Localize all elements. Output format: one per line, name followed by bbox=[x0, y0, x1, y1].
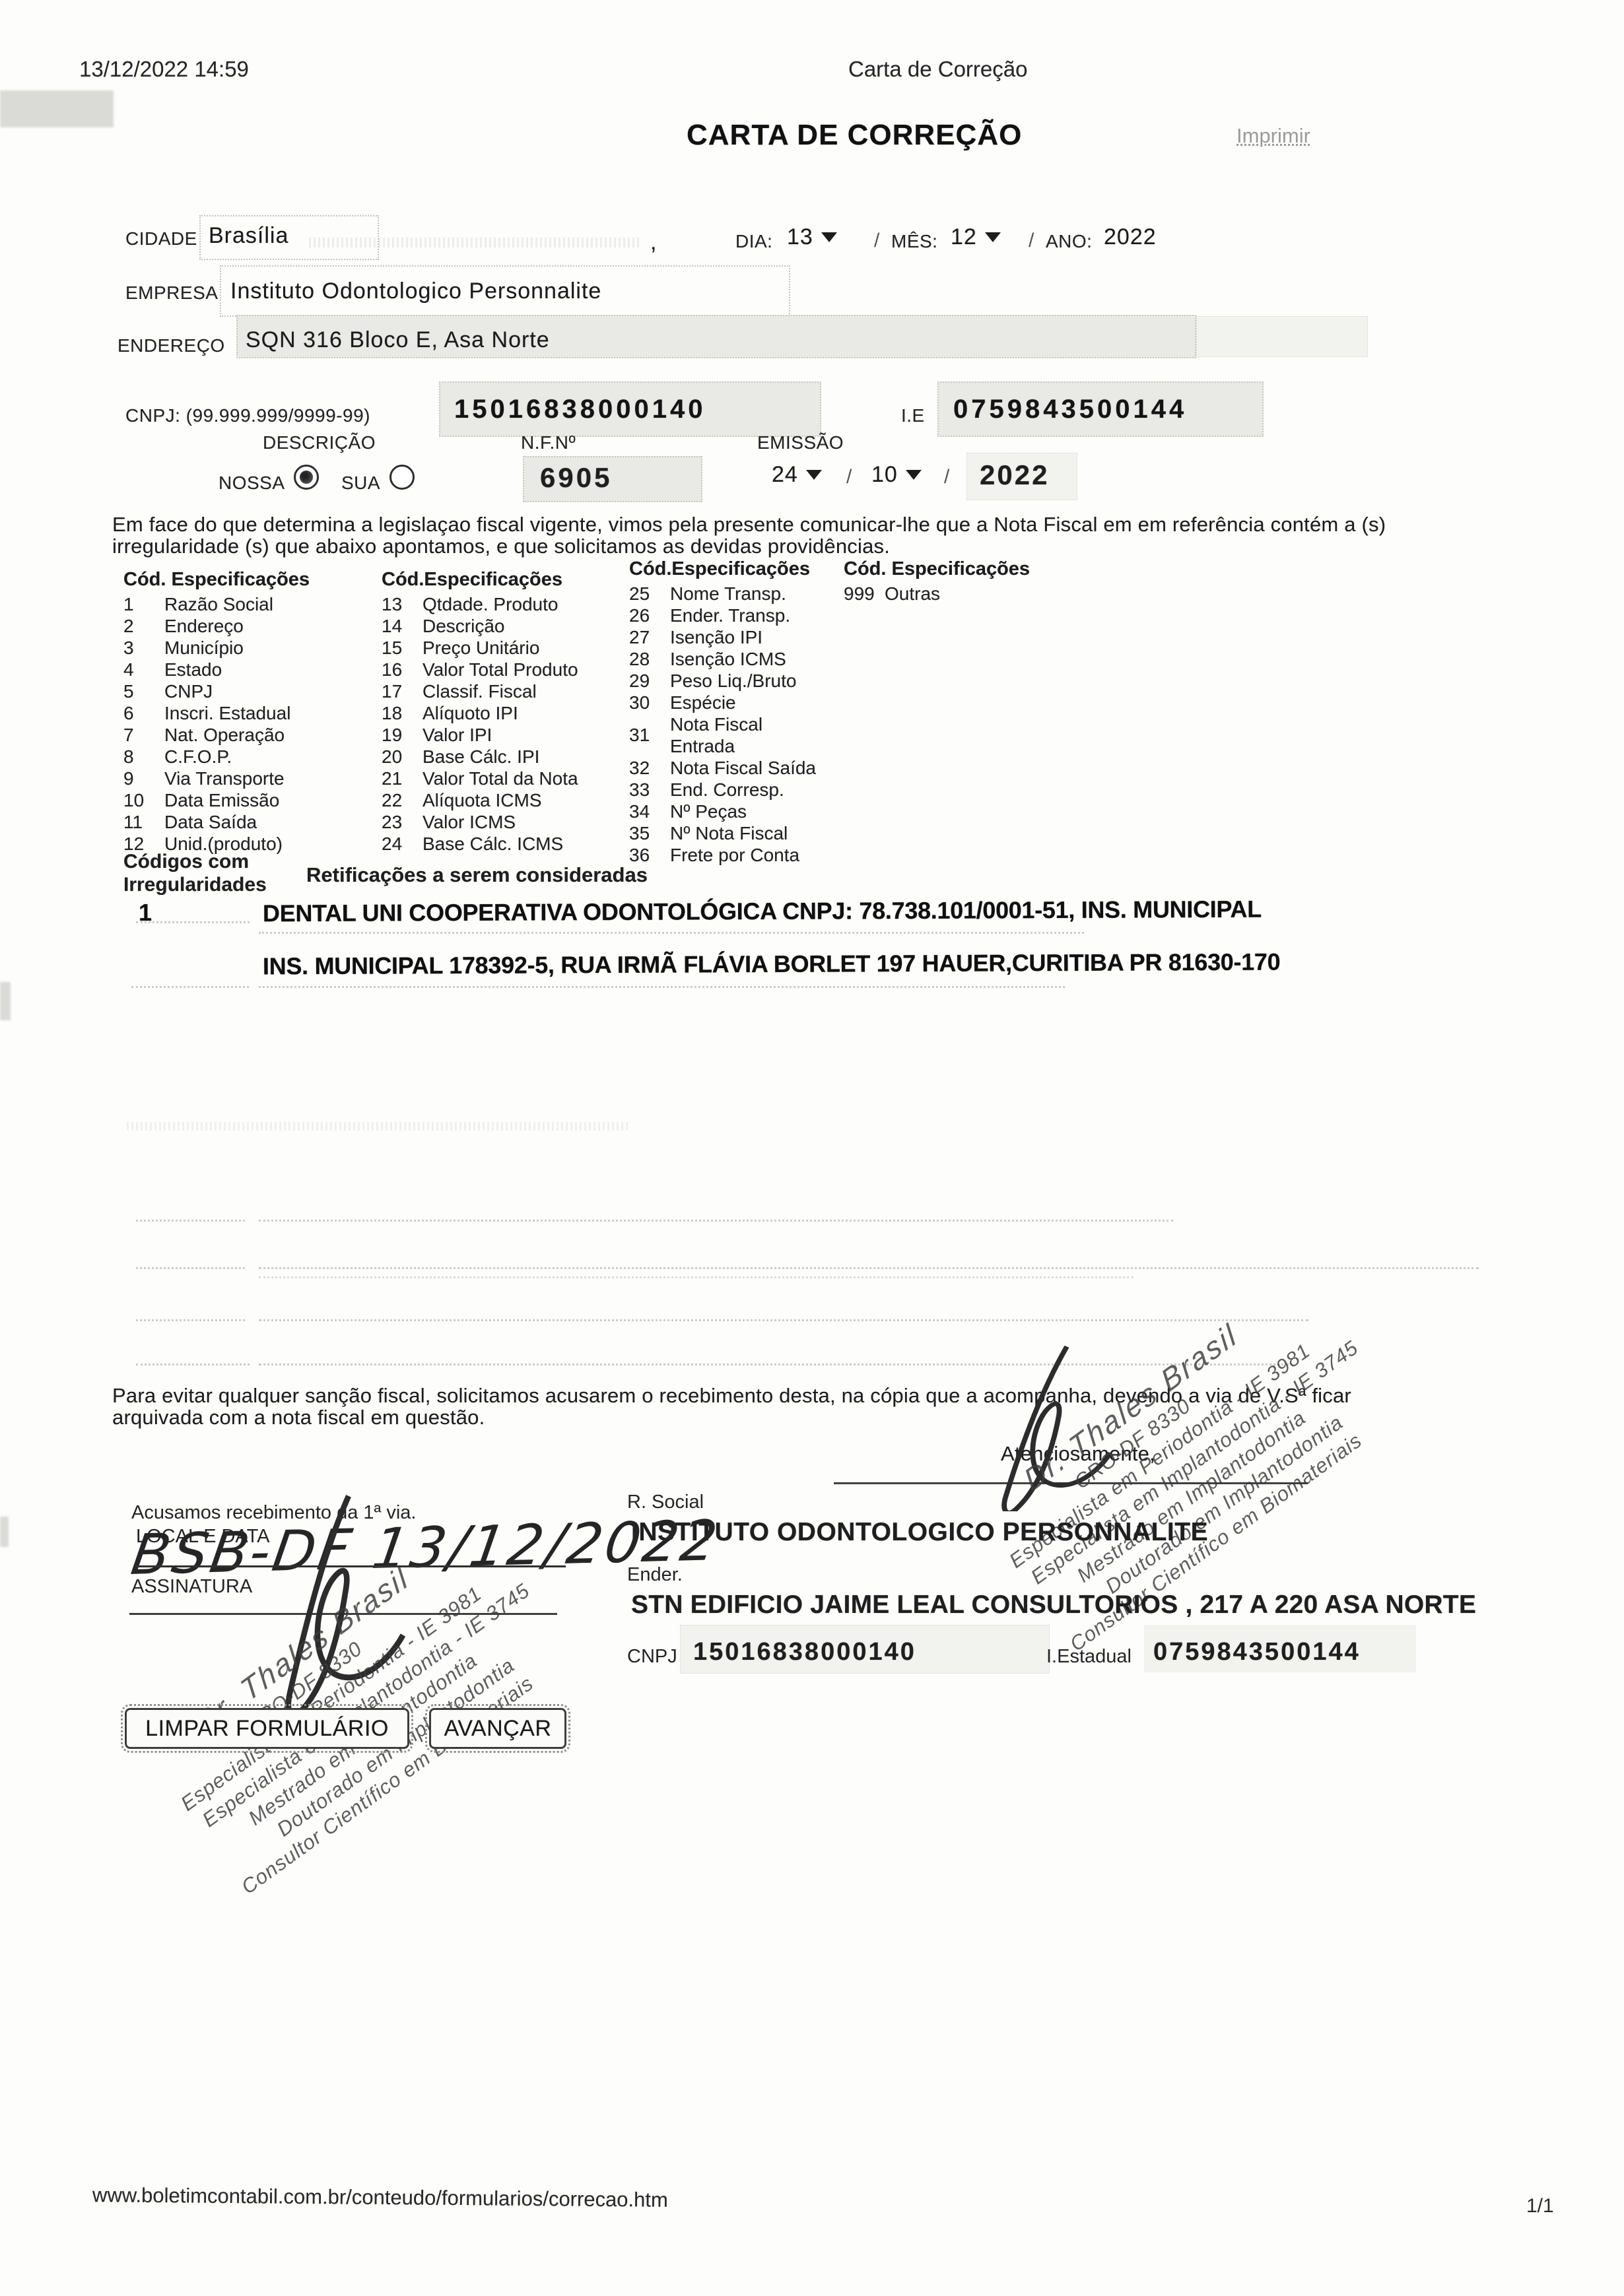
codes-list: 13Qtdade. Produto14Descrição15Preço Unit… bbox=[382, 593, 626, 855]
closing-cnpj-label: CNPJ bbox=[627, 1646, 677, 1668]
sua-label: SUA bbox=[341, 473, 380, 494]
codes-column-4: Cód. Especificações 999Outras bbox=[844, 558, 1055, 605]
intro-paragraph: Em face do que determina a legislaçao fi… bbox=[112, 513, 1429, 557]
code-item: 23Valor ICMS bbox=[382, 811, 626, 833]
page-title: CARTA DE CORREÇÃO bbox=[687, 119, 1022, 152]
scan-artifact bbox=[0, 90, 114, 127]
code-number: 5 bbox=[123, 681, 164, 702]
code-number: 30 bbox=[629, 692, 670, 713]
endereco-value: SQN 316 Bloco E, Asa Norte bbox=[246, 327, 550, 353]
codes-list: 25Nome Transp.26Ender. Transp.27Isenção … bbox=[629, 583, 840, 866]
retification-text-field-line bbox=[259, 986, 1065, 988]
code-item: 3Município bbox=[123, 637, 374, 659]
nossa-radio[interactable] bbox=[294, 465, 319, 490]
nossa-label: NOSSA bbox=[219, 473, 285, 494]
footer-url: www.boletimcontabil.com.br/conteudo/form… bbox=[92, 2183, 668, 2212]
code-item: 9Via Transporte bbox=[123, 768, 374, 789]
codes-with-irregularities-label: Códigos com Irregularidades bbox=[123, 850, 267, 896]
code-item: 20Base Cálc. IPI bbox=[382, 746, 626, 768]
page-indicator: 1/1 bbox=[1526, 2195, 1554, 2217]
code-number: 36 bbox=[629, 845, 670, 866]
code-number: 28 bbox=[629, 649, 670, 670]
retification-empty-text-field[interactable] bbox=[259, 1363, 1289, 1365]
code-label: Peso Liq./Bruto bbox=[670, 670, 796, 692]
code-number: 22 bbox=[382, 790, 423, 811]
code-item: 15Preço Unitário bbox=[382, 637, 626, 659]
retification-empty-text-field[interactable] bbox=[259, 1319, 1308, 1321]
dia-label: DIA: bbox=[735, 231, 772, 252]
nf-number-value: 6905 bbox=[540, 462, 612, 494]
code-item: 35Nº Nota Fiscal bbox=[629, 822, 840, 844]
code-number: 34 bbox=[629, 801, 670, 822]
code-number: 27 bbox=[629, 627, 670, 648]
retification-code-field-line bbox=[131, 986, 249, 988]
endereco-label: ENDEREÇO bbox=[118, 335, 225, 356]
code-item: 32Nota Fiscal Saída bbox=[629, 757, 840, 779]
code-label: Município bbox=[164, 637, 244, 659]
code-label: Nota Fiscal Saída bbox=[670, 757, 816, 779]
code-label: Isenção IPI bbox=[670, 626, 762, 648]
assinatura-label: ASSINATURA bbox=[131, 1576, 252, 1598]
code-number: 24 bbox=[382, 834, 423, 855]
code-number: 7 bbox=[123, 725, 164, 746]
code-label: Alíquota ICMS bbox=[423, 789, 542, 811]
code-label: Ender. Transp. bbox=[670, 605, 790, 626]
code-number: 11 bbox=[123, 812, 164, 833]
scan-artifact bbox=[0, 982, 11, 1020]
emissao-mes-select[interactable]: 10 bbox=[871, 462, 922, 488]
code-label: Outras bbox=[885, 583, 940, 605]
code-label: Endereço bbox=[164, 615, 244, 637]
code-label: C.F.O.P. bbox=[164, 746, 232, 768]
code-label: Nat. Operação bbox=[164, 724, 285, 746]
code-number: 25 bbox=[629, 583, 670, 605]
code-number: 6 bbox=[123, 703, 164, 724]
code-number: 26 bbox=[629, 605, 670, 626]
code-label: Base Cálc. ICMS bbox=[423, 833, 563, 855]
code-item: 17Classif. Fiscal bbox=[382, 680, 626, 702]
code-label: Valor Total da Nota bbox=[423, 768, 578, 789]
code-item: 6Inscri. Estadual bbox=[123, 702, 374, 724]
retification-row-text-line2[interactable]: INS. MUNICIPAL 178392-5, RUA IRMÃ FLÁVIA… bbox=[263, 948, 1280, 981]
code-label: Alíquoto IPI bbox=[423, 702, 518, 724]
emissao-label: EMISSÃO bbox=[757, 432, 844, 453]
code-item: 21Valor Total da Nota bbox=[382, 768, 626, 789]
ano-label: ANO: bbox=[1046, 231, 1092, 252]
code-number: 19 bbox=[382, 725, 423, 746]
emissao-ano-value: 2022 bbox=[980, 459, 1049, 491]
code-label: Base Cálc. IPI bbox=[423, 746, 539, 768]
code-label: CNPJ bbox=[164, 680, 213, 702]
code-label: Razão Social bbox=[164, 593, 273, 615]
cnpj-label: CNPJ: (99.999.999/9999-99) bbox=[125, 405, 370, 426]
retification-row-text-line1[interactable]: DENTAL UNI COOPERATIVA ODONTOLÓGICA CNPJ… bbox=[263, 896, 1262, 928]
code-number: 13 bbox=[382, 594, 423, 615]
emissao-mes-value: 10 bbox=[871, 462, 898, 488]
code-number: 17 bbox=[382, 681, 423, 702]
code-item: 1Razão Social bbox=[123, 593, 374, 615]
code-item: 36Frete por Conta bbox=[629, 844, 840, 866]
retification-empty-text-field[interactable] bbox=[259, 1220, 1173, 1222]
code-item: 34Nº Peças bbox=[629, 801, 840, 822]
code-number: 1 bbox=[123, 594, 164, 615]
descricao-label: DESCRIÇÃO bbox=[263, 432, 376, 453]
retification-text-field-line bbox=[259, 932, 1084, 934]
chevron-down-icon bbox=[821, 232, 837, 242]
code-item: 18Alíquoto IPI bbox=[382, 702, 626, 724]
codes-column-header: Cód. Especificações bbox=[123, 569, 374, 591]
code-item: 5CNPJ bbox=[123, 680, 374, 702]
code-item: 33End. Corresp. bbox=[629, 779, 840, 801]
code-item: 11Data Saída bbox=[123, 811, 374, 833]
code-number: 32 bbox=[629, 758, 670, 779]
code-item: 26Ender. Transp. bbox=[629, 605, 840, 626]
mes-label: MÊS: bbox=[891, 231, 937, 252]
code-item: 29Peso Liq./Bruto bbox=[629, 670, 840, 692]
ie-label: I.E bbox=[901, 405, 925, 426]
code-item: 10Data Emissão bbox=[123, 789, 374, 811]
print-link[interactable]: Imprimir bbox=[1236, 124, 1310, 148]
code-number: 29 bbox=[629, 671, 670, 692]
code-label: Estado bbox=[164, 659, 222, 680]
ie-value: 0759843500144 bbox=[953, 395, 1187, 424]
chevron-down-icon bbox=[806, 470, 822, 480]
code-label: Data Emissão bbox=[164, 789, 279, 811]
code-item: 28Isenção ICMS bbox=[629, 648, 840, 670]
code-item: 999Outras bbox=[844, 583, 1055, 605]
retification-empty-code-field[interactable] bbox=[136, 1220, 245, 1222]
code-label: Via Transporte bbox=[164, 768, 285, 789]
code-label: Valor ICMS bbox=[423, 811, 516, 833]
codes-list: 1Razão Social2Endereço3Município4Estado5… bbox=[123, 593, 374, 855]
code-label: Nota Fiscal Entrada bbox=[670, 713, 762, 757]
code-number: 999 bbox=[844, 583, 885, 605]
codes-column-2: Cód.Especificações 13Qtdade. Produto14De… bbox=[382, 569, 626, 855]
code-label: Data Saída bbox=[164, 811, 257, 833]
ano-value[interactable]: 2022 bbox=[1104, 224, 1157, 250]
code-label: End. Corresp. bbox=[670, 779, 784, 801]
code-label: Valor IPI bbox=[423, 724, 492, 746]
sua-radio[interactable] bbox=[389, 465, 415, 490]
scanned-correction-letter-page: 13/12/2022 14:59 Carta de Correção CARTA… bbox=[0, 0, 1624, 2296]
mes-value: 12 bbox=[951, 224, 977, 250]
code-number: 31 bbox=[629, 725, 670, 746]
code-item: 27Isenção IPI bbox=[629, 626, 840, 648]
code-number: 23 bbox=[382, 812, 423, 833]
code-label: Frete por Conta bbox=[670, 844, 799, 866]
scan-noise bbox=[127, 1122, 628, 1131]
code-item: 19Valor IPI bbox=[382, 724, 626, 746]
retification-code-field-line bbox=[136, 921, 250, 923]
closing-cnpj-value: 15016838000140 bbox=[693, 1638, 916, 1666]
code-number: 3 bbox=[123, 638, 164, 659]
code-number: 4 bbox=[123, 659, 164, 680]
retification-empty-code-field[interactable] bbox=[136, 1363, 250, 1365]
advance-button[interactable]: AVANÇAR bbox=[429, 1708, 566, 1749]
dia-value: 13 bbox=[787, 224, 813, 250]
code-number: 15 bbox=[382, 638, 423, 659]
code-number: 35 bbox=[629, 823, 670, 844]
empresa-label: EMPRESA bbox=[125, 282, 218, 304]
clear-form-button[interactable]: LIMPAR FORMULÁRIO bbox=[125, 1708, 409, 1749]
code-number: 10 bbox=[123, 790, 164, 811]
retification-empty-text-field[interactable] bbox=[259, 1276, 1133, 1278]
comma-separator: , bbox=[650, 230, 657, 255]
endereco-input-extension bbox=[1196, 316, 1368, 357]
codes-column-header: Cód.Especificações bbox=[629, 558, 840, 580]
emissao-slash: / bbox=[846, 466, 852, 488]
chevron-down-icon bbox=[985, 232, 1001, 242]
code-label: Descrição bbox=[423, 615, 504, 637]
chevron-down-icon bbox=[906, 470, 922, 480]
code-label: Preço Unitário bbox=[423, 637, 539, 659]
retification-empty-code-field[interactable] bbox=[136, 1319, 245, 1321]
nfn-label: N.F.Nº bbox=[521, 432, 576, 453]
code-label: Inscri. Estadual bbox=[164, 702, 290, 724]
code-label: Classif. Fiscal bbox=[423, 680, 537, 702]
code-item: 25Nome Transp. bbox=[629, 583, 840, 605]
codes-list: 999Outras bbox=[844, 583, 1055, 605]
code-item: 4Estado bbox=[123, 659, 374, 680]
code-label: Nº Nota Fiscal bbox=[670, 822, 788, 844]
date-slash: / bbox=[874, 230, 879, 252]
codes-column-header: Cód. Especificações bbox=[844, 558, 1055, 580]
iestadual-value: 0759843500144 bbox=[1153, 1638, 1361, 1666]
emissao-dia-value: 24 bbox=[772, 462, 798, 488]
emissao-slash: / bbox=[944, 466, 949, 488]
code-item: 13Qtdade. Produto bbox=[382, 593, 626, 615]
code-item: 8C.F.O.P. bbox=[123, 746, 374, 768]
print-header-doc-name: Carta de Correção bbox=[848, 57, 1027, 82]
codes-column-header: Cód.Especificações bbox=[382, 569, 626, 591]
code-item: 2Endereço bbox=[123, 615, 374, 637]
empresa-value: Instituto Odontologico Personnalite bbox=[230, 279, 601, 304]
codes-column-1: Cód. Especificações 1Razão Social2Endere… bbox=[123, 569, 374, 855]
code-number: 9 bbox=[123, 768, 164, 789]
scan-artifact bbox=[0, 1517, 9, 1547]
code-label: Isenção ICMS bbox=[670, 648, 786, 670]
emissao-dia-select[interactable]: 24 bbox=[772, 462, 822, 488]
code-item: 22Alíquota ICMS bbox=[382, 789, 626, 811]
code-label: Espécie bbox=[670, 692, 736, 713]
code-item: 31Nota Fiscal Entrada bbox=[629, 713, 840, 757]
code-item: 7Nat. Operação bbox=[123, 724, 374, 746]
code-item: 16Valor Total Produto bbox=[382, 659, 626, 680]
iestadual-label: I.Estadual bbox=[1046, 1646, 1132, 1668]
ender-value: STN EDIFICIO JAIME LEAL CONSULTORIOS , 2… bbox=[631, 1591, 1476, 1620]
cidade-value: Brasília bbox=[209, 223, 288, 249]
code-number: 33 bbox=[629, 779, 670, 801]
cnpj-value: 15016838000140 bbox=[454, 395, 706, 424]
mes-select[interactable]: 12 bbox=[951, 224, 1001, 250]
code-label: Qtdade. Produto bbox=[423, 593, 558, 615]
dia-select[interactable]: 13 bbox=[787, 224, 837, 250]
code-number: 2 bbox=[123, 616, 164, 637]
code-item: 30Espécie bbox=[629, 692, 840, 713]
code-number: 16 bbox=[382, 659, 423, 680]
code-item: 24Base Cálc. ICMS bbox=[382, 833, 626, 855]
code-number: 14 bbox=[382, 616, 423, 637]
print-header-datetime: 13/12/2022 14:59 bbox=[79, 57, 249, 82]
code-number: 20 bbox=[382, 746, 423, 768]
code-number: 21 bbox=[382, 768, 423, 789]
code-label: Nº Peças bbox=[670, 801, 747, 822]
date-slash: / bbox=[1029, 230, 1034, 252]
codes-column-3: Cód.Especificações 25Nome Transp.26Ender… bbox=[629, 558, 840, 866]
code-number: 18 bbox=[382, 703, 423, 724]
code-number: 8 bbox=[123, 746, 164, 768]
cidade-label: CIDADE bbox=[125, 228, 197, 249]
code-label: Nome Transp. bbox=[670, 583, 786, 605]
code-label: Valor Total Produto bbox=[423, 659, 578, 680]
retification-empty-code-field[interactable] bbox=[136, 1267, 245, 1269]
code-item: 14Descrição bbox=[382, 615, 626, 637]
retifications-label: Retificações a serem consideradas bbox=[306, 863, 648, 887]
